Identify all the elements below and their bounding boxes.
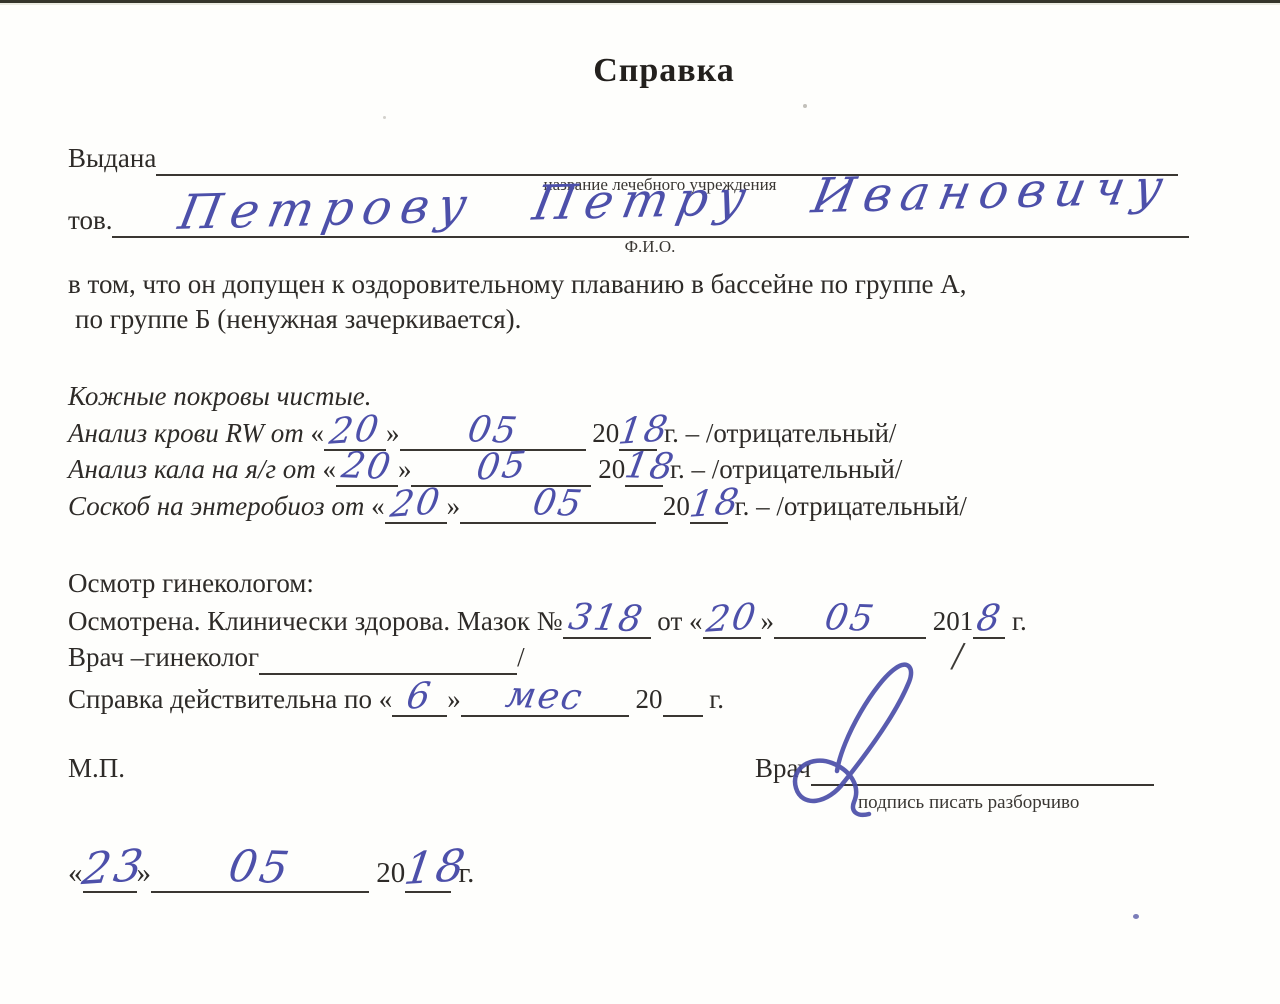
quote-close: » — [398, 454, 412, 484]
date-year-value: 18 — [402, 844, 471, 892]
issue-date-row: «23»05 2018 г. — [68, 846, 474, 893]
smear-month-blank: 05 — [774, 601, 926, 639]
kala-year-blank: 18 — [625, 449, 663, 487]
quote-close: » — [761, 606, 775, 636]
smear-number-value: 318 — [566, 600, 647, 639]
quote-open: « — [689, 606, 703, 636]
document-title: Справка — [0, 52, 1280, 90]
rw-year-prefix: 20 — [586, 418, 620, 448]
valid-unit-value: мес — [503, 678, 586, 717]
smear-row: Осмотрена. Клинически здорова. Мазок №31… — [68, 601, 1027, 639]
date-month-blank: 05 — [151, 846, 369, 893]
date-year-blank: 18 — [405, 846, 451, 893]
smear-label: Осмотрена. Клинически здорова. Мазок № — [68, 606, 563, 636]
recipient-label: тов. — [68, 205, 112, 235]
scan-edge-shadow — [0, 3, 1280, 5]
skin-note: Кожные покровы чистые. — [68, 380, 372, 412]
valid-g: г. — [703, 684, 725, 714]
quote-close: » — [386, 418, 400, 448]
gyn-doctor-blank — [259, 641, 517, 675]
body-line-1: в том, что он допущен к оздоровительному… — [68, 268, 967, 300]
rw-result: г. – /отрицательный/ — [657, 418, 896, 448]
kala-month-value: 05 — [474, 447, 530, 486]
date-month-value: 05 — [225, 845, 294, 891]
date-day-value: 23 — [79, 844, 148, 892]
issued-label: Выдана — [68, 143, 156, 173]
kala-year-prefix: 20 — [591, 454, 625, 484]
smear-day-blank: 20 — [703, 601, 761, 639]
scan-speck — [803, 104, 807, 108]
certificate-document: Справка Выдана название лечебного учрежд… — [0, 0, 1280, 1004]
rw-month-blank: 05 — [400, 413, 586, 451]
rw-month-value: 05 — [465, 412, 521, 450]
soskob-year-blank: 18 — [690, 486, 728, 524]
quote-close: » — [447, 491, 461, 521]
test-row-rw: Анализ крови RW от «20»05 2018 г. – /отр… — [68, 413, 896, 451]
soskob-day-value: 20 — [388, 484, 444, 523]
valid-num-blank: 6 — [392, 679, 447, 717]
quote-open: « — [311, 418, 325, 448]
date-year-prefix: 20 — [369, 857, 405, 889]
gyn-doctor-slash: / — [517, 642, 525, 672]
stamp-place: М.П. — [68, 752, 125, 784]
gyn-header: Осмотр гинекологом: — [68, 567, 314, 599]
valid-year-prefix: 20 — [629, 684, 663, 714]
valid-label: Справка действительна по — [68, 684, 379, 714]
kala-result: г. – /отрицательный/ — [663, 454, 902, 484]
soskob-year-prefix: 20 — [656, 491, 690, 521]
quote-open: « — [371, 491, 385, 521]
quote-open: « — [322, 454, 336, 484]
smear-ot: от — [651, 606, 689, 636]
valid-unit-blank: мес — [461, 679, 629, 717]
smear-year-blank: 8 — [973, 601, 1005, 639]
smear-day-value: 20 — [704, 599, 760, 638]
quote-open: « — [379, 684, 393, 714]
doctor-signature — [782, 656, 954, 824]
body-line-2: по группе Б (ненужная зачеркивается). — [75, 303, 521, 335]
soskob-result: г. – /отрицательный/ — [728, 491, 967, 521]
kala-day-value: 20 — [339, 448, 395, 486]
test-row-soskob: Соскоб на энтеробиоз от «20»05 2018 г. –… — [68, 486, 967, 524]
valid-num-value: 6 — [405, 678, 435, 716]
valid-year-blank — [663, 683, 703, 717]
valid-row: Справка действительна по «6»мес 20 г. — [68, 679, 724, 717]
kala-day-blank: 20 — [336, 449, 398, 487]
scan-speck-2 — [383, 116, 386, 119]
soskob-day-blank: 20 — [385, 486, 447, 524]
soskob-year-value: 18 — [687, 484, 743, 523]
smear-month-value: 05 — [822, 600, 878, 638]
smear-g: г. — [1005, 606, 1027, 636]
smear-year-prefix: 201 — [926, 606, 973, 636]
date-day-blank: 23 — [83, 846, 137, 893]
test-rw-label: Анализ крови RW от — [68, 418, 311, 448]
smear-year-value: 8 — [974, 600, 1004, 638]
smear-number-blank: 318 — [563, 601, 651, 639]
ink-speck — [1133, 914, 1139, 919]
gyn-doctor-row: Врач –гинеколог/ — [68, 641, 525, 675]
soskob-month-value: 05 — [530, 485, 586, 523]
quote-close: » — [447, 684, 461, 714]
kala-year-value: 18 — [622, 448, 678, 486]
test-soskob-label: Соскоб на энтеробиоз от — [68, 491, 371, 521]
test-kala-label: Анализ кала на я/г от — [68, 454, 322, 484]
gyn-doctor-label: Врач –гинеколог — [68, 642, 259, 672]
test-row-kala: Анализ кала на я/г от «20»05 2018 г. – /… — [68, 449, 902, 487]
soskob-month-blank: 05 — [460, 486, 656, 524]
